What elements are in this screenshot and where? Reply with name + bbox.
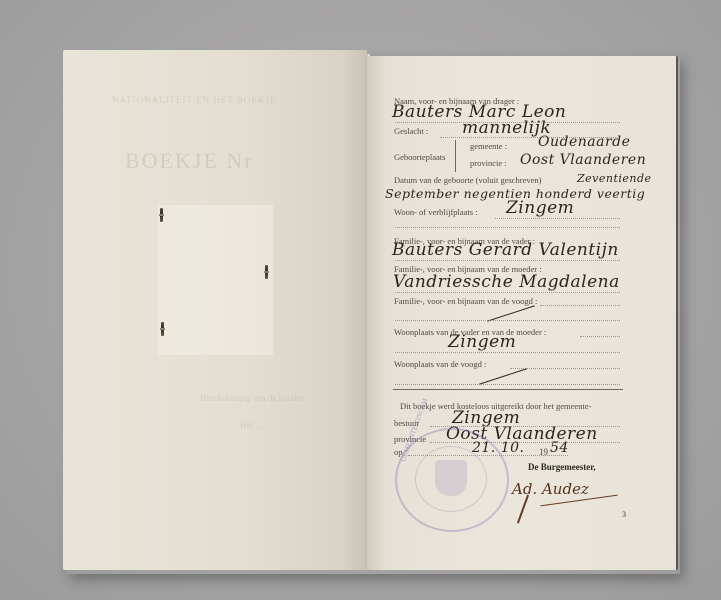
- page-number: 3: [622, 510, 626, 519]
- section-divider: [393, 389, 623, 390]
- dotted-line: [395, 260, 620, 261]
- residence-value: Zingem: [506, 198, 574, 218]
- province-label: provincie :: [470, 158, 507, 168]
- birthdate-value-day: Zeventiende: [577, 172, 652, 185]
- guardian-label: Familie-, voor- en bijnaam van de voogd …: [394, 296, 537, 306]
- year-suffix: 54: [550, 440, 569, 456]
- bleedthrough-photo-area: [158, 205, 273, 355]
- brace: [455, 140, 456, 172]
- province-value: Oost Vlaanderen: [520, 152, 646, 168]
- residence-label: Woon- of verblijfplaats :: [394, 207, 478, 217]
- guardian-residence-label: Woonplaats van de voogd :: [394, 359, 486, 369]
- mayor-label: De Burgemeester,: [528, 462, 596, 472]
- sex-label: Geslacht :: [394, 126, 428, 136]
- municipal-stamp: GEMEENTE ZINGEM: [395, 428, 509, 532]
- dotted-line: [540, 305, 620, 306]
- dotted-line: [395, 292, 620, 293]
- bleedthrough-title: BOEKJE Nr: [125, 148, 254, 174]
- birthplace-label: Geboorteplaats: [394, 152, 445, 162]
- bleedthrough-line: Handtekening van de houder: [200, 393, 304, 403]
- dotted-line: [395, 352, 620, 353]
- dotted-line: [395, 227, 620, 228]
- dotted-line: [395, 384, 620, 385]
- staple-icon: [265, 265, 268, 279]
- coat-of-arms-icon: [435, 460, 467, 496]
- dotted-line: [495, 218, 620, 219]
- dotted-line: [395, 320, 620, 321]
- father-value: Bauters Gerard Valentijn: [392, 240, 619, 260]
- staple-icon: [160, 208, 163, 222]
- municipality-value: Oudenaarde: [538, 134, 630, 150]
- bleedthrough-header: NATIONALITEIT EN HET BOEKJE: [112, 95, 276, 105]
- mayor-signature: Ad. Audez: [512, 480, 589, 498]
- staple-icon: [161, 322, 164, 336]
- parents-residence-value: Zingem: [448, 332, 516, 352]
- municipality-label: gemeente :: [470, 141, 507, 151]
- dotted-line: [580, 336, 620, 337]
- mother-value: Vandriessche Magdalena: [393, 272, 620, 292]
- birthdate-label: Datum van de geboorte (voluit geschreven…: [394, 175, 542, 185]
- bleedthrough-line: Het ...: [240, 420, 262, 430]
